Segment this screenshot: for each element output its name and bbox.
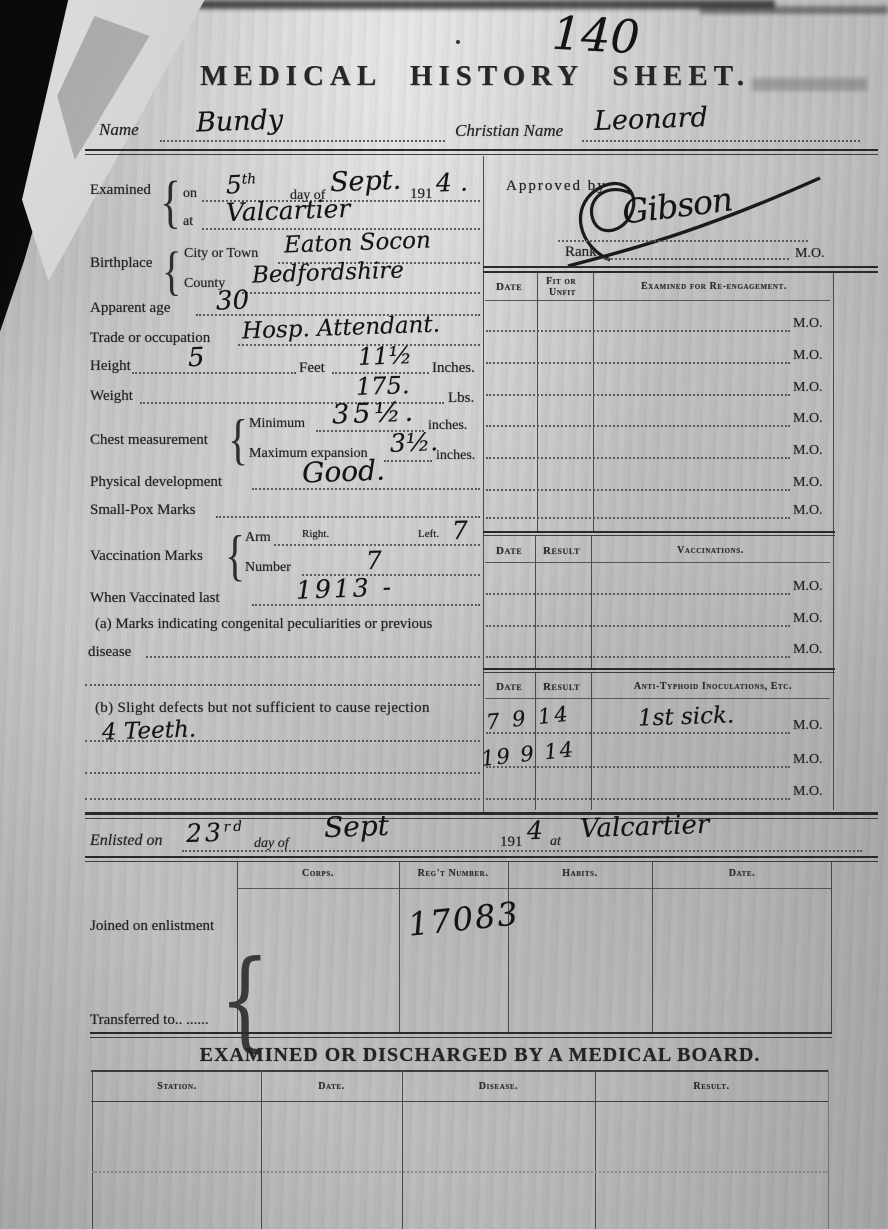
height-line-1 [132,372,296,374]
weight-label: Weight [90,388,133,405]
inches-label: Inches. [432,360,475,377]
ink-dot [456,40,460,44]
arm-label: Arm [245,530,271,546]
chest-max-value: 3½. [390,427,439,458]
rule [90,1032,832,1034]
mo-label: M.O. [793,718,823,734]
number-marks-value: 7 [365,546,382,576]
rule [90,1037,832,1038]
rule [85,812,878,815]
scan-top-smudge [175,0,775,9]
inoc-col-line-2 [591,673,592,810]
height-label: Height [90,358,131,375]
mo-label: M.O. [793,380,823,396]
smallpox-label: Small-Pox Marks [90,502,195,519]
county-line [242,292,480,294]
reeng-row-line [486,394,790,396]
inoc-title-header: Anti-Typhoid Inoculations, Etc. [596,681,830,692]
christian-name-value: Leonard [593,102,708,137]
mo-label: M.O. [793,503,823,519]
reeng-fit-header-1: Fit or [546,276,576,287]
rank-line [604,258,789,260]
disease-line [146,656,480,658]
enlist-right-border [831,862,832,1032]
enlisted-year-written: 4 [526,816,543,846]
examined-place-value: Valcartier [226,194,351,227]
vacc-row-line [486,656,790,658]
inoc-header-rule [485,698,830,699]
mo-label: M.O. [793,443,823,459]
board-header-rule [91,1101,828,1102]
rule [85,154,878,155]
apparent-age-label: Apparent age [90,300,170,317]
enlisted-label: Enlisted on [90,832,162,850]
rule [85,856,878,858]
lbs-label: Lbs. [448,390,474,407]
page-number-handwritten: 140 [551,6,642,65]
mo-label: M.O. [793,411,823,427]
reeng-title-header: Examined for Re-engagement. [598,281,830,292]
defects-line-2 [85,772,480,774]
inoc-row-line [486,732,790,734]
inoc-row-line [486,798,790,800]
vacc-row-line [486,625,790,627]
board-right-border [828,1070,829,1229]
trade-value: Hosp. Attendant. [242,312,441,345]
station-header: Station. [94,1081,260,1092]
vacc-col-line-2 [591,536,592,668]
result-header: Result. [595,1081,828,1092]
examined-year-printed: 191 [410,186,433,203]
mo-label: M.O. [793,784,823,800]
disease-header: Disease. [402,1081,595,1092]
board-col-line-2 [402,1070,403,1229]
inoc-date-header: Date [496,681,522,693]
city-value: Eaton Socon [284,227,432,258]
when-vaccinated-line [252,604,480,606]
rule [483,266,878,268]
left-label: Left. [418,528,439,540]
examined-brace: { [160,168,181,235]
defects-line-1 [85,740,480,742]
minimum-label: Minimum [249,416,305,432]
joined-label: Joined on enlistment [90,918,214,935]
physical-label: Physical development [90,474,222,491]
city-label: City or Town [184,246,258,262]
habits-header: Habits. [520,868,640,879]
vacc-header-rule [485,562,830,563]
physical-value: Good. [301,454,385,490]
regt-number-value: 17083 [406,894,521,943]
birthplace-brace: { [162,240,181,302]
chest-max-line [384,460,432,462]
left-marks-value: 7 [451,516,468,546]
board-left-border [92,1070,93,1229]
mo-label: M.O. [793,752,823,768]
rule [483,531,835,533]
mo-label: M.O. [793,348,823,364]
surname-value: Bundy [195,104,283,138]
mo-label: M.O. [793,316,823,332]
enlist-header-rule [237,888,831,889]
vaccination-marks-label: Vaccination Marks [90,548,203,565]
mo-label: M.O. [793,642,823,658]
chest-min-value: 35½. [331,397,417,431]
signature-line [558,240,808,242]
inoc-row-date: 7 9 14 [485,702,572,735]
inoc-result-header: Result [543,681,580,693]
enlisted-at-label: at [550,834,561,850]
when-vaccinated-value: 1913 - [296,572,395,604]
vacc-result-header: Result [543,545,580,557]
enlisted-year-printed: 191 [500,834,523,851]
examined-at-label: at [183,214,193,230]
smallpox-line [216,516,480,518]
reeng-date-header: Date [496,281,522,293]
reeng-row-line [486,330,790,332]
reeng-row-line [486,489,790,491]
board-col-line-1 [261,1070,262,1229]
examined-on-label: on [183,186,197,202]
max-unit-label: inches. [436,448,475,464]
vacc-title-header: Vaccinations. [598,545,823,556]
number-label: Number [245,560,291,576]
reeng-row-line [486,457,790,459]
chest-brace: { [228,408,248,472]
enlist-col-line-4 [652,862,653,1032]
transferred-label: Transferred to.. ...... [90,1012,209,1029]
mo-label: M.O. [793,611,823,627]
reeng-row-line [486,517,790,519]
enlisted-line [182,850,862,852]
enlist-col-line-2 [399,862,400,1032]
examined-day-value: 5th [226,169,257,199]
medical-history-sheet-scan: 140 MEDICAL HISTORY SHEET. Name Bundy Ch… [0,0,888,1229]
birthplace-label: Birthplace [90,255,152,272]
defects-b-label: (b) Slight defects but not sufficient to… [95,700,495,717]
mo-label: M.O. [793,475,823,491]
apparent-age-value: 30 [215,285,249,316]
height-inches-value: 11½ [358,341,413,371]
feet-label: Feet [299,360,325,377]
rule [85,149,878,151]
right-table-right-border [833,272,834,810]
board-col-line-3 [595,1070,596,1229]
surname-label: Name [99,120,139,140]
marks-a-label: (a) Marks indicating congenital peculiar… [95,616,487,633]
physical-line [252,488,480,490]
reeng-row-line [486,362,790,364]
board-title: EXAMINED OR DISCHARGED BY A MEDICAL BOAR… [85,1044,875,1067]
right-label: Right. [302,528,329,540]
height-feet-value: 5 [187,343,205,374]
vacc-col-line-1 [535,536,536,668]
vaccination-brace: { [225,524,245,588]
inoc-row-note: 1st sick. [638,702,735,731]
rule [85,861,878,862]
regt-header: Reg't Number. [402,868,504,879]
scan-top-right-smudge [700,6,888,14]
enlisted-place-value: Valcartier [580,810,710,844]
blank-line [85,684,480,686]
board-date-header: Date. [261,1081,402,1092]
christian-name-label: Christian Name [455,121,563,141]
mo-label: M.O. [793,579,823,595]
rule [483,271,878,273]
christian-name-line [582,140,860,142]
when-vaccinated-label: When Vaccinated last [90,590,220,607]
examined-year-written: 4 . [436,167,469,197]
corps-header: Corps. [258,868,378,879]
inoc-row-line [486,766,790,768]
reeng-col-line-2 [593,273,594,532]
defects-line-3 [85,798,480,800]
enlist-col-line-3 [508,862,509,1032]
rule [483,668,835,670]
chest-label: Chest measurement [90,432,208,449]
reeng-fit-header-2: Unfit [549,287,576,298]
reeng-row-line [486,425,790,427]
page-title: MEDICAL HISTORY SHEET. [200,60,750,93]
vacc-date-header: Date [496,545,522,557]
reeng-col-line-1 [537,273,538,532]
enlisted-month-value: Sept [323,809,389,844]
rank-label: Rank [565,244,597,261]
enlisted-day-value: 23rd [186,817,246,848]
board-top-rule [91,1070,828,1072]
surname-line [160,140,445,142]
vacc-row-line [486,593,790,595]
marks-a-label-2: disease [88,644,131,661]
examined-label: Examined [90,182,151,199]
rank-mo-label: M.O. [795,246,825,262]
enlist-date-header: Date. [672,868,812,879]
county-value: Bedfordshire [252,257,405,288]
board-row-line [92,1171,828,1173]
title-right-smudge [752,78,867,91]
